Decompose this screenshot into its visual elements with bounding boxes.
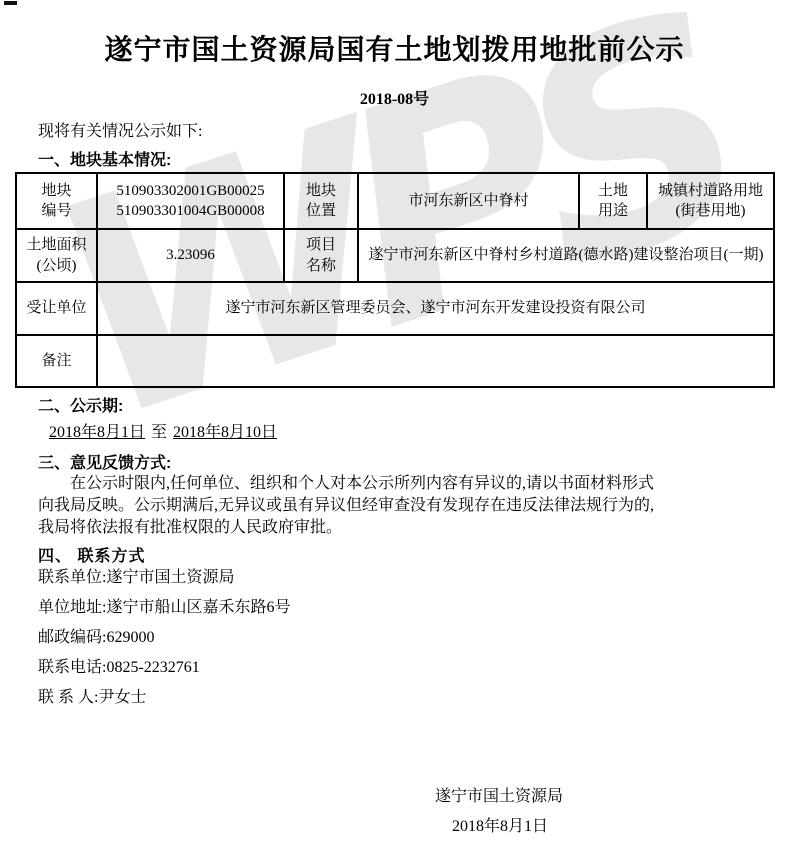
section1-heading: 一、地块基本情况: (38, 147, 171, 170)
remarks-label: 备注 (16, 335, 97, 387)
feedback-line-2: 向我局反映。公示期满后,无异议或虽有异议但经审查没有发现存在违反法律法规行为的, (38, 495, 654, 517)
transferee-value: 遂宁市河东新区管理委员会、遂宁市河东开发建设投资有限公司 (97, 282, 774, 335)
section2-heading: 二、公示期: (38, 393, 123, 416)
transferee-label: 受让单位 (16, 282, 97, 335)
plot-number-label: 地块 编号 (16, 173, 97, 229)
feedback-line-3: 我局将依法报有批准权限的人民政府审批。 (38, 517, 654, 539)
footer-organization-text: 遂宁市国土资源局 (435, 783, 563, 806)
land-use-label: 土地 用途 (579, 173, 647, 229)
area-label: 土地面积 (公顷) (16, 229, 97, 282)
project-label: 项目 名称 (284, 229, 358, 282)
area-value: 3.23096 (97, 229, 284, 282)
land-info-table: 地块 编号 510903302001GB00025 510903301004GB… (15, 172, 775, 388)
table-row: 受让单位 遂宁市河东新区管理委员会、遂宁市河东开发建设投资有限公司 (16, 282, 774, 335)
contact-unit-label: 联系单位: (38, 569, 106, 586)
contact-address-label: 单位地址: (38, 599, 106, 616)
contact-address: 单位地址:遂宁市船山区嘉禾东路6号 (38, 599, 290, 629)
notice-page: WPS 遂宁市国土资源局国有土地划拨用地批前公示 2018-08号 现将有关情况… (0, 0, 789, 854)
remarks-value (97, 335, 774, 387)
contact-person: 联 系 人:尹女士 (38, 689, 290, 719)
contact-person-value: 尹女士 (98, 689, 146, 706)
contact-phone-label: 联系电话: (38, 659, 106, 676)
section3-heading: 三、意见反馈方式: (38, 450, 171, 473)
table-row: 地块 编号 510903302001GB00025 510903301004GB… (16, 173, 774, 229)
location-label: 地块 位置 (284, 173, 358, 229)
project-value: 遂宁市河东新区中脊村乡村道路(德水路)建设整治项目(一期) (358, 229, 774, 282)
contact-address-value: 遂宁市船山区嘉禾东路6号 (106, 599, 290, 616)
contact-phone: 联系电话:0825-2232761 (38, 659, 290, 689)
contact-block: 联系单位:遂宁市国土资源局 单位地址:遂宁市船山区嘉禾东路6号 邮政编码:629… (38, 569, 290, 719)
contact-unit-value: 遂宁市国土资源局 (106, 569, 234, 586)
contact-phone-value: 0825-2232761 (106, 659, 199, 676)
date-to: 2018年8月10日 (169, 424, 281, 441)
publicity-period-dates: 2018年8月1日至2018年8月10日 (45, 419, 281, 442)
table-row: 备注 (16, 335, 774, 387)
feedback-line-1: 在公示时限内,任何单位、组织和个人对本公示所列内容有异议的,请以书面材料形式 (38, 473, 654, 495)
land-use-value: 城镇村道路用地 (街巷用地) (647, 173, 774, 229)
page-title: 遂宁市国土资源局国有土地划拨用地批前公示 (0, 28, 789, 68)
intro-line: 现将有关情况公示如下: (38, 118, 202, 141)
contact-person-label: 联 系 人: (38, 689, 98, 706)
footer-date-text: 2018年8月1日 (452, 813, 548, 836)
feedback-paragraph: 在公示时限内,任何单位、组织和个人对本公示所列内容有异议的,请以书面材料形式 向… (38, 473, 654, 539)
corner-artifact (4, 1, 17, 5)
date-from: 2018年8月1日 (45, 424, 149, 441)
section4-heading: 四、 联系方式 (38, 543, 145, 566)
contact-postcode: 邮政编码:629000 (38, 629, 290, 659)
contact-postcode-value: 629000 (106, 629, 154, 646)
contact-postcode-label: 邮政编码: (38, 629, 106, 646)
plot-number-value: 510903302001GB00025 510903301004GB00008 (97, 173, 284, 229)
table-row: 土地面积 (公顷) 3.23096 项目 名称 遂宁市河东新区中脊村乡村道路(德… (16, 229, 774, 282)
contact-unit: 联系单位:遂宁市国土资源局 (38, 569, 290, 599)
doc-number: 2018-08号 (0, 86, 789, 109)
date-separator: 至 (149, 424, 169, 441)
location-value: 市河东新区中脊村 (358, 173, 579, 229)
